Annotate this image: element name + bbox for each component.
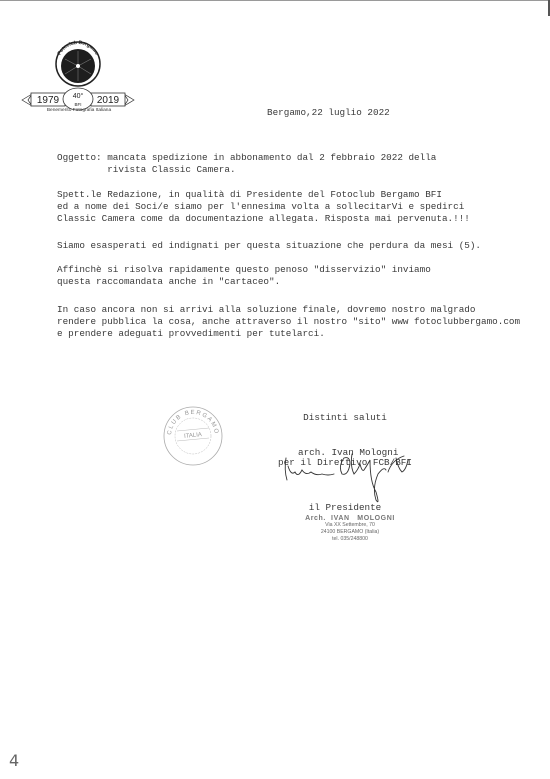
scan-top-edge [0, 0, 550, 1]
subject-line-1: Oggetto: mancata spedizione in abbonamen… [57, 152, 436, 164]
body-p1-line-2: ed a nome dei Soci/e siamo per l'ennesim… [57, 201, 464, 213]
fotoclub-logo: Fotoclub Bergamo 1979 2019 40° BFI [18, 28, 138, 118]
closing-line-1: Distinti saluti [285, 410, 405, 425]
club-stamp: CLUB BERGAMO ITALIA [161, 404, 225, 468]
svg-text:1979: 1979 [37, 95, 60, 106]
body-p1-line-1: Spett.le Redazione, in qualità di Presid… [57, 189, 442, 201]
letterhead-name: Arch. IVAN MOLOGNI [300, 515, 400, 522]
body-p4-line-2: rendere pubblica la cosa, anche attraver… [57, 316, 520, 328]
svg-text:BFI: BFI [74, 102, 81, 107]
letterhead-phone: tel. 035/248800 [300, 536, 400, 543]
letterhead-address: Via XX Settembre, 70 [300, 522, 400, 529]
letterhead-city: 24100 BERGAMO (Italia) [300, 529, 400, 536]
handwritten-signature [278, 452, 423, 510]
body-p3-line-1: Affinchè si risolva rapidamente questo p… [57, 264, 431, 276]
body-p4-line-3: e prendere adeguati provvedimenti per tu… [57, 328, 325, 340]
body-p2: Siamo esasperati ed indignati per questa… [57, 240, 481, 252]
body-p3-line-2: questa raccomandata anche in "cartaceo". [57, 276, 280, 288]
body-p1-line-3: Classic Camera come da documentazione al… [57, 213, 470, 225]
subject-line-2: rivista Classic Camera. [57, 164, 236, 176]
svg-text:40°: 40° [73, 92, 84, 100]
svg-text:2019: 2019 [97, 95, 120, 106]
letterhead-stamp: Arch. IVAN MOLOGNI Via XX Settembre, 70 … [300, 515, 400, 543]
letter-date: Bergamo,22 luglio 2022 [267, 107, 390, 118]
handwritten-page-number: 4 [9, 751, 19, 770]
logo-caption: Benemerito Fotografia Italiana [20, 108, 138, 113]
body-p4-line-1: In caso ancora non si arrivi alla soluzi… [57, 304, 475, 316]
